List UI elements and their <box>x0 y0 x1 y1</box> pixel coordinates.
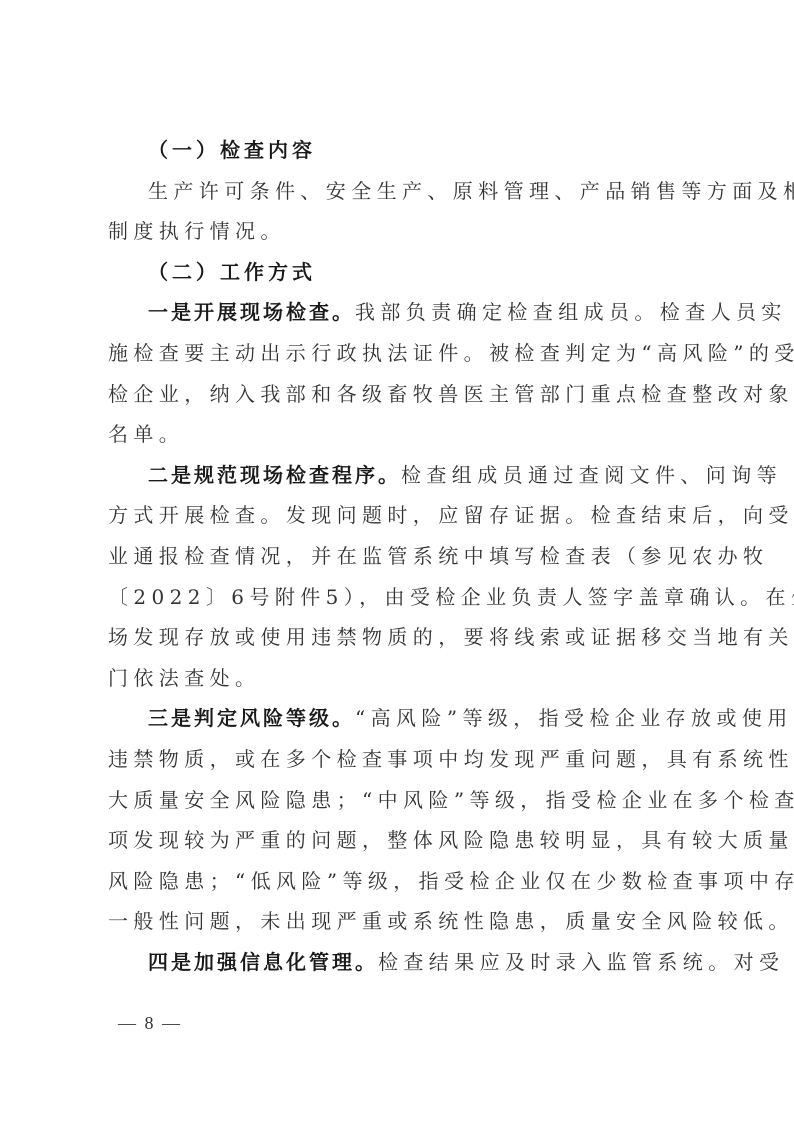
body-line: 名单。 <box>108 414 692 455</box>
body-line: 施检查要主动出示行政执法证件。被检查判定为“高风险”的受 <box>108 333 692 374</box>
paragraph-text: 我部负责确定检查组成员。检查人员实 <box>355 300 787 324</box>
section-heading-work-method: （二）工作方式 <box>108 252 692 293</box>
paragraph-information-management-first-line: 四是加强信息化管理。检查结果应及时录入监管系统。对受 <box>108 942 692 983</box>
body-line: 项发现较为严重的问题，整体风险隐患较明显，具有较大质量安全 <box>108 820 692 861</box>
body-line: 检企业，纳入我部和各级畜牧兽医主管部门重点检查整改对象 <box>108 374 692 415</box>
body-line: 大质量安全风险隐患；“中风险”等级，指受检企业在多个检查事 <box>108 780 692 821</box>
body-line: 场发现存放或使用违禁物质的，要将线索或证据移交当地有关部 <box>108 617 692 658</box>
section-heading-inspection-content: （一）检查内容 <box>108 130 692 171</box>
body-line: 〔2022〕6号附件5），由受检企业负责人签字盖章确认。在生产现 <box>108 577 692 618</box>
paragraph-inspection-procedure-first-line: 二是规范现场检查程序。检查组成员通过查阅文件、问询等 <box>108 455 692 496</box>
paragraph-lead: 一是开展现场检查。 <box>148 300 355 324</box>
page-number: — 8 — <box>118 1013 182 1034</box>
document-page: （一）检查内容 生产许可条件、安全生产、原料管理、产品销售等方面及相关 制度执行… <box>108 130 692 982</box>
paragraph-lead: 四是加强信息化管理。 <box>148 950 378 974</box>
body-line: 违禁物质，或在多个检查事项中均发现严重问题，具有系统性或重 <box>108 739 692 780</box>
paragraph-lead: 三是判定风险等级。 <box>148 706 355 730</box>
body-line: 风险隐患；“低风险”等级，指受检企业仅在少数检查事项中存在 <box>108 861 692 902</box>
body-line: 生产许可条件、安全生产、原料管理、产品销售等方面及相关 <box>108 171 692 212</box>
body-line: 业通报检查情况，并在监管系统中填写检查表（参见农办牧 <box>108 536 692 577</box>
body-line: 制度执行情况。 <box>108 211 692 252</box>
paragraph-text: 检查结果应及时录入监管系统。对受 <box>378 950 784 974</box>
paragraph-text: “高风险”等级，指受检企业存放或使用 <box>355 706 793 730</box>
paragraph-risk-level-first-line: 三是判定风险等级。“高风险”等级，指受检企业存放或使用 <box>108 698 692 739</box>
body-line: 一般性问题，未出现严重或系统性隐患，质量安全风险较低。 <box>108 901 692 942</box>
paragraph-onsite-inspection-first-line: 一是开展现场检查。我部负责确定检查组成员。检查人员实 <box>108 292 692 333</box>
body-line: 门依法查处。 <box>108 658 692 699</box>
body-line: 方式开展检查。发现问题时，应留存证据。检查结束后，向受检企 <box>108 495 692 536</box>
paragraph-lead: 二是规范现场检查程序。 <box>148 463 401 487</box>
paragraph-text: 检查组成员通过查阅文件、问询等 <box>401 463 782 487</box>
